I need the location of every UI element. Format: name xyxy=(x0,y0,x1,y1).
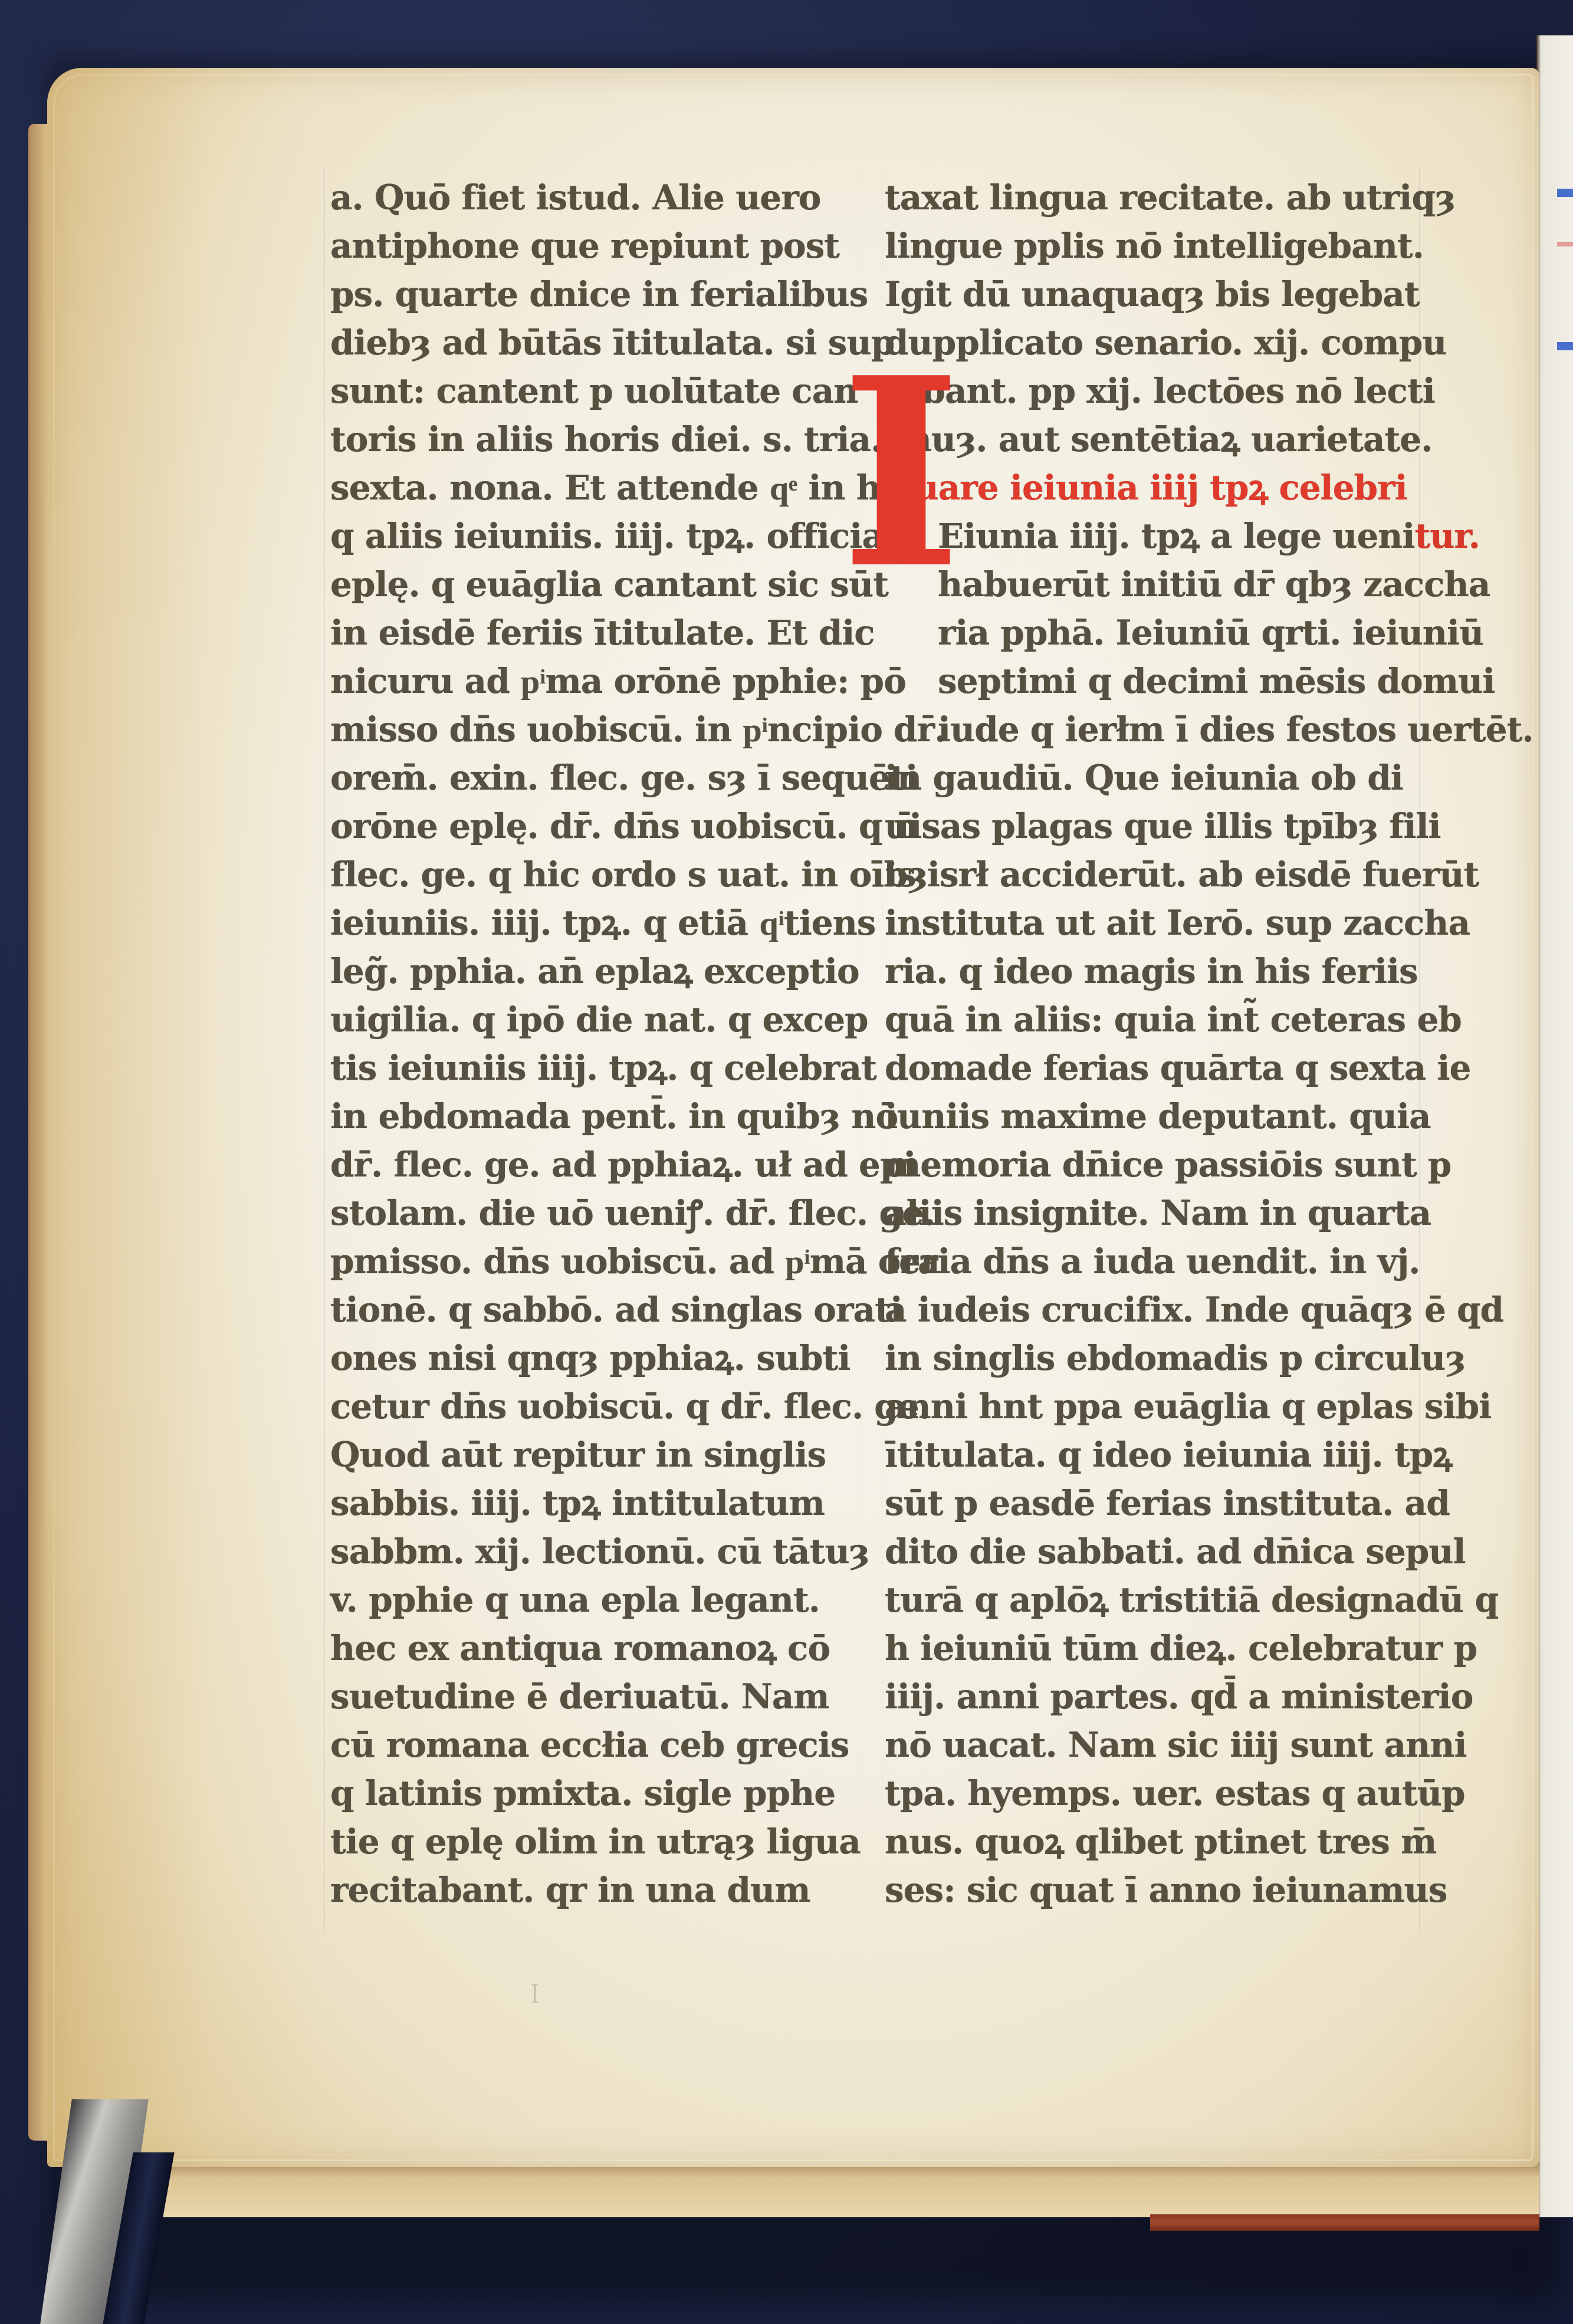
text-line: hec ex antiqua romanoꝝ cō xyxy=(330,1625,830,1672)
text-line: domade ferias quārta q sexta ie xyxy=(885,1044,1471,1092)
manuscript-leaf: a. Quō fiet istud. Alie ueroantiphone qu… xyxy=(47,68,1539,2167)
text-line: diebȝ ad būtās ītitulata. si sup xyxy=(330,319,894,366)
text-line: a. Quō fiet istud. Alie uero xyxy=(330,174,820,221)
text-line: septimi q decimi mēsis domui xyxy=(938,658,1495,705)
text-line: cū romana eccłia ceb grecis xyxy=(330,1721,849,1769)
text-line: in singlis ebdomadis p circuluȝ xyxy=(885,1334,1465,1382)
text-line: aliis insignite. Nam in quarta xyxy=(885,1189,1431,1237)
text-line: q aliis ieiuniis. iiij. tpꝝ. officia xyxy=(330,512,884,560)
text-line: sunt: cantent p uolūtate can xyxy=(330,367,858,415)
text-line: a iudeis crucifix. Inde quāqȝ ē qd xyxy=(885,1286,1503,1333)
adjacent-page-mark xyxy=(1557,242,1573,246)
text-line: anni hnt ppa euāglia q eplas sibi xyxy=(885,1383,1491,1430)
text-line: turā q aplōꝝ tristitiā designadū q xyxy=(885,1576,1498,1623)
text-line: orem̄. exin. flec. ge. sȝ ī sequēti xyxy=(330,754,918,801)
adjacent-page-mark xyxy=(1557,189,1573,197)
text-line: antiphone que repiunt post xyxy=(330,222,839,269)
text-line: recitabant. qr in una dum xyxy=(330,1866,810,1914)
text-line: onuȝ. aut sentētiaꝝ uarietate. xyxy=(885,416,1432,463)
text-line: Igit dū unaquaqȝ bis legebat xyxy=(885,271,1420,318)
text-line: pmisso. dn̄s uobiscū. ad pͥmā ora xyxy=(330,1238,940,1285)
text-line: tpa. hyemps. uer. estas q autūp xyxy=(885,1770,1465,1817)
text-line: flec. ge. q hic ordo s uat. in oībȝ xyxy=(330,851,927,898)
text-line: stolam. die uō ueniꝭ. dr̄. flec. ge. xyxy=(330,1189,935,1237)
text-line: tis ieiuniis iiij. tpꝝ. q celebrat xyxy=(330,1044,876,1092)
text-line: cetur dn̄s uobiscū. q dr̄. flec. ge. xyxy=(330,1383,930,1430)
rubric-heading: Quare ieiunia iiij tpꝝ celebri xyxy=(885,464,1407,511)
text-line: ses: sic quat ī anno ieiunamus xyxy=(885,1866,1447,1914)
text-line: uigilia. q ipō die nat. q excep xyxy=(330,996,868,1043)
decorated-initial: I xyxy=(840,358,905,589)
faint-mark: ꟾ xyxy=(531,1984,538,2008)
text-line: ps. quarte dnice in ferialibus xyxy=(330,271,868,318)
text-line: quā in aliis: quia int̃ ceteras eb xyxy=(885,996,1462,1043)
text-line: misso dn̄s uobiscū. in pͥncipio dr̄. xyxy=(330,706,945,753)
text-line: suetudine ē deriuatū. Nam xyxy=(330,1673,829,1720)
text-line: Eiunia iiij. tpꝝ a lege uenitur. xyxy=(938,512,1480,560)
text-line: ria. q ideo magis in his feriis xyxy=(885,948,1418,995)
text-line: in ebdomada pent̄. in quibȝ nō xyxy=(330,1093,898,1140)
text-line: iuniis maxime deputant. quia xyxy=(885,1093,1431,1140)
text-line: leg̃. pphia. an̄ eplaꝝ exceptio xyxy=(330,948,859,995)
text-line: in gaudiū. Que ieiunia ob di xyxy=(885,754,1403,801)
text-line: v. pphie q una epla legant. xyxy=(330,1576,820,1623)
text-line: habuerūt initiū dr̄ qbȝ zaccha xyxy=(938,561,1490,608)
text-line: lingue pplis nō intelligebant. xyxy=(885,222,1424,269)
adjacent-page-edge xyxy=(1536,35,1573,2217)
adjacent-page-mark xyxy=(1557,342,1573,350)
text-line: sexta. nona. Et attende qͤ in his xyxy=(330,464,912,511)
text-line: in eisdē feriis ītitulate. Et dic xyxy=(330,609,875,656)
text-line: tionē. q sabbō. ad singlas orati xyxy=(330,1286,902,1333)
text-line: dr̄. flec. ge. ad pphiaꝝ. uł ad epi xyxy=(330,1141,916,1188)
underlying-leaf-bottom xyxy=(147,2161,1539,2217)
text-line: sabbm. xij. lectionū. cū tātuȝ xyxy=(330,1528,869,1575)
text-line: h ieiuniū tūm dieꝝ. celebratur p xyxy=(885,1625,1477,1672)
text-line: feria dn̄s a iuda uendit. in vj. xyxy=(885,1238,1420,1285)
text-line: tie q eplę olim in utrąȝ ligua xyxy=(330,1818,861,1865)
text-line: sabbis. iiij. tpꝝ intitulatum xyxy=(330,1480,825,1527)
text-line: ītitulata. q ideo ieiunia iiij. tpꝝ xyxy=(885,1431,1452,1478)
text-line: nus. quoꝝ qlibet ptinet tres m̄ xyxy=(885,1818,1436,1865)
text-line: iude q ierłm ī dies festos uertēt. xyxy=(938,706,1533,753)
binding-edge xyxy=(1150,2214,1539,2231)
text-line: q latinis pmixta. sigle pphe xyxy=(330,1770,835,1817)
text-line: uisas plagas que illis tpībȝ fili xyxy=(885,803,1441,850)
text-line: dito die sabbati. ad dn̄ica sepul xyxy=(885,1528,1466,1575)
text-line: ieiuniis. iiij. tpꝝ. q etiā qͥtiens xyxy=(330,899,875,946)
text-line: sūt p easdē ferias instituta. ad xyxy=(885,1480,1450,1527)
text-line: taxat lingua recitate. ab utriqȝ xyxy=(885,174,1455,221)
text-line: nō uacat. Nam sic iiij sunt anni xyxy=(885,1721,1466,1769)
text-line: orōne eplę. dr̄. dn̄s uobiscū. q n̄ xyxy=(330,803,918,850)
text-line: nicuru ad pͥma orōnē pphie: pō xyxy=(330,658,906,705)
rubric-tail: tur. xyxy=(1415,516,1480,556)
parchment-stain xyxy=(47,68,318,2167)
text-line: toris in aliis horis diei. s. tria. xyxy=(330,416,882,463)
text-line: Quod aūt repitur in singlis xyxy=(330,1431,826,1478)
text-line: memoria dn̄ice passiōis sunt p xyxy=(885,1141,1451,1188)
text-line: dupplicato senario. xij. compu xyxy=(885,319,1447,366)
text-line: eplę. q euāglia cantant sic sūt xyxy=(330,561,888,608)
text-line: ones nisi qnqȝ pphiaꝝ. subti xyxy=(330,1334,850,1382)
text-line: ria pphā. Ieiuniū qrti. ieiuniū xyxy=(938,609,1483,656)
text-line: is isrł acciderūt. ab eisdē fuerūt xyxy=(885,851,1479,898)
text-line: instituta ut ait Ierō. sup zaccha xyxy=(885,899,1470,946)
text-line: iiij. anni partes. qd̄ a ministerio xyxy=(885,1673,1473,1720)
text-line: tabant. pp xij. lectōes nō lecti xyxy=(885,367,1435,415)
